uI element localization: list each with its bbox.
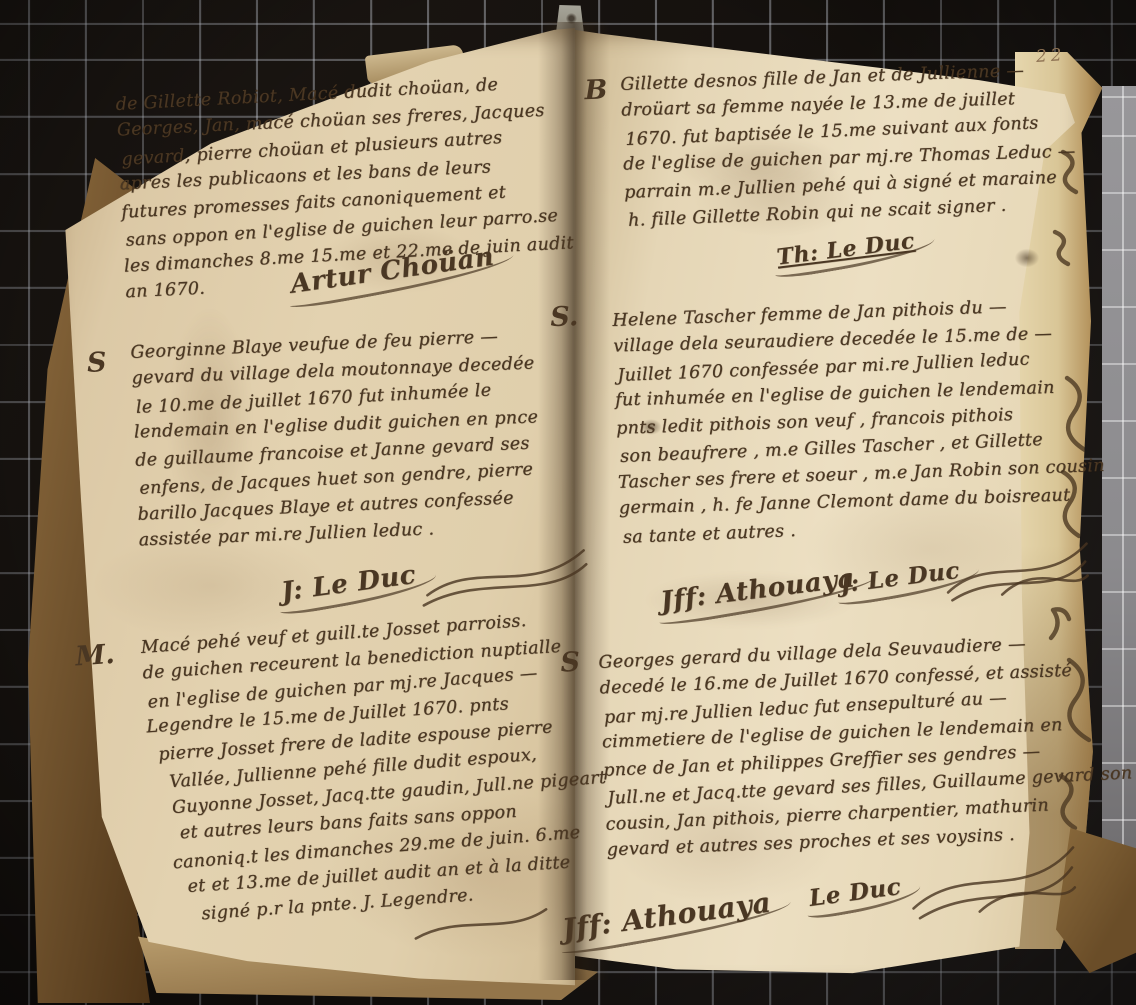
- register-entry: M. Macé pehé veuf et guill.te Josset par…: [140, 604, 610, 932]
- entry-margin-letter: S: [560, 647, 581, 679]
- entry-margin-letter: B: [584, 74, 608, 106]
- register-entry: B Gillette desnos fille de Jan et de Jul…: [620, 57, 1055, 234]
- signature-flourish: [907, 837, 1080, 924]
- register-entry: S. Helene Tascher femme de Jan pithois d…: [612, 292, 1075, 551]
- photo-mat-background: 22 de Gillette Robiot, Macé dudit choüan…: [0, 0, 1136, 1005]
- entry-margin-letter: S: [86, 347, 107, 379]
- entry-margin-letter: M.: [74, 639, 115, 673]
- register-entry: S Georges gerard du village dela Seuvaud…: [598, 630, 1072, 866]
- entry-margin-letter: S.: [550, 301, 579, 333]
- register-entry: de Gillette Robiot, Macé dudit choüan, d…: [115, 68, 576, 307]
- ink-blot: [1010, 245, 1044, 271]
- manuscript-book: 22 de Gillette Robiot, Macé dudit choüan…: [0, 0, 1136, 1005]
- register-entry: S Georginne Blaye veufue de feu pierre —…: [130, 321, 579, 556]
- entry-text: Macé pehé veuf et guill.te Josset parroi…: [140, 604, 610, 932]
- entry-text: Georginne Blaye veufue de feu pierre —ge…: [130, 321, 579, 556]
- signature-flourish: [940, 531, 1092, 606]
- entry-text: Gillette desnos fille de Jan et de Julli…: [620, 57, 1055, 234]
- entry-text: Georges gerard du village dela Seuvaudie…: [598, 630, 1072, 866]
- signature-flourish: [419, 542, 591, 609]
- entry-text: Helene Tascher femme de Jan pithois du —…: [612, 292, 1075, 551]
